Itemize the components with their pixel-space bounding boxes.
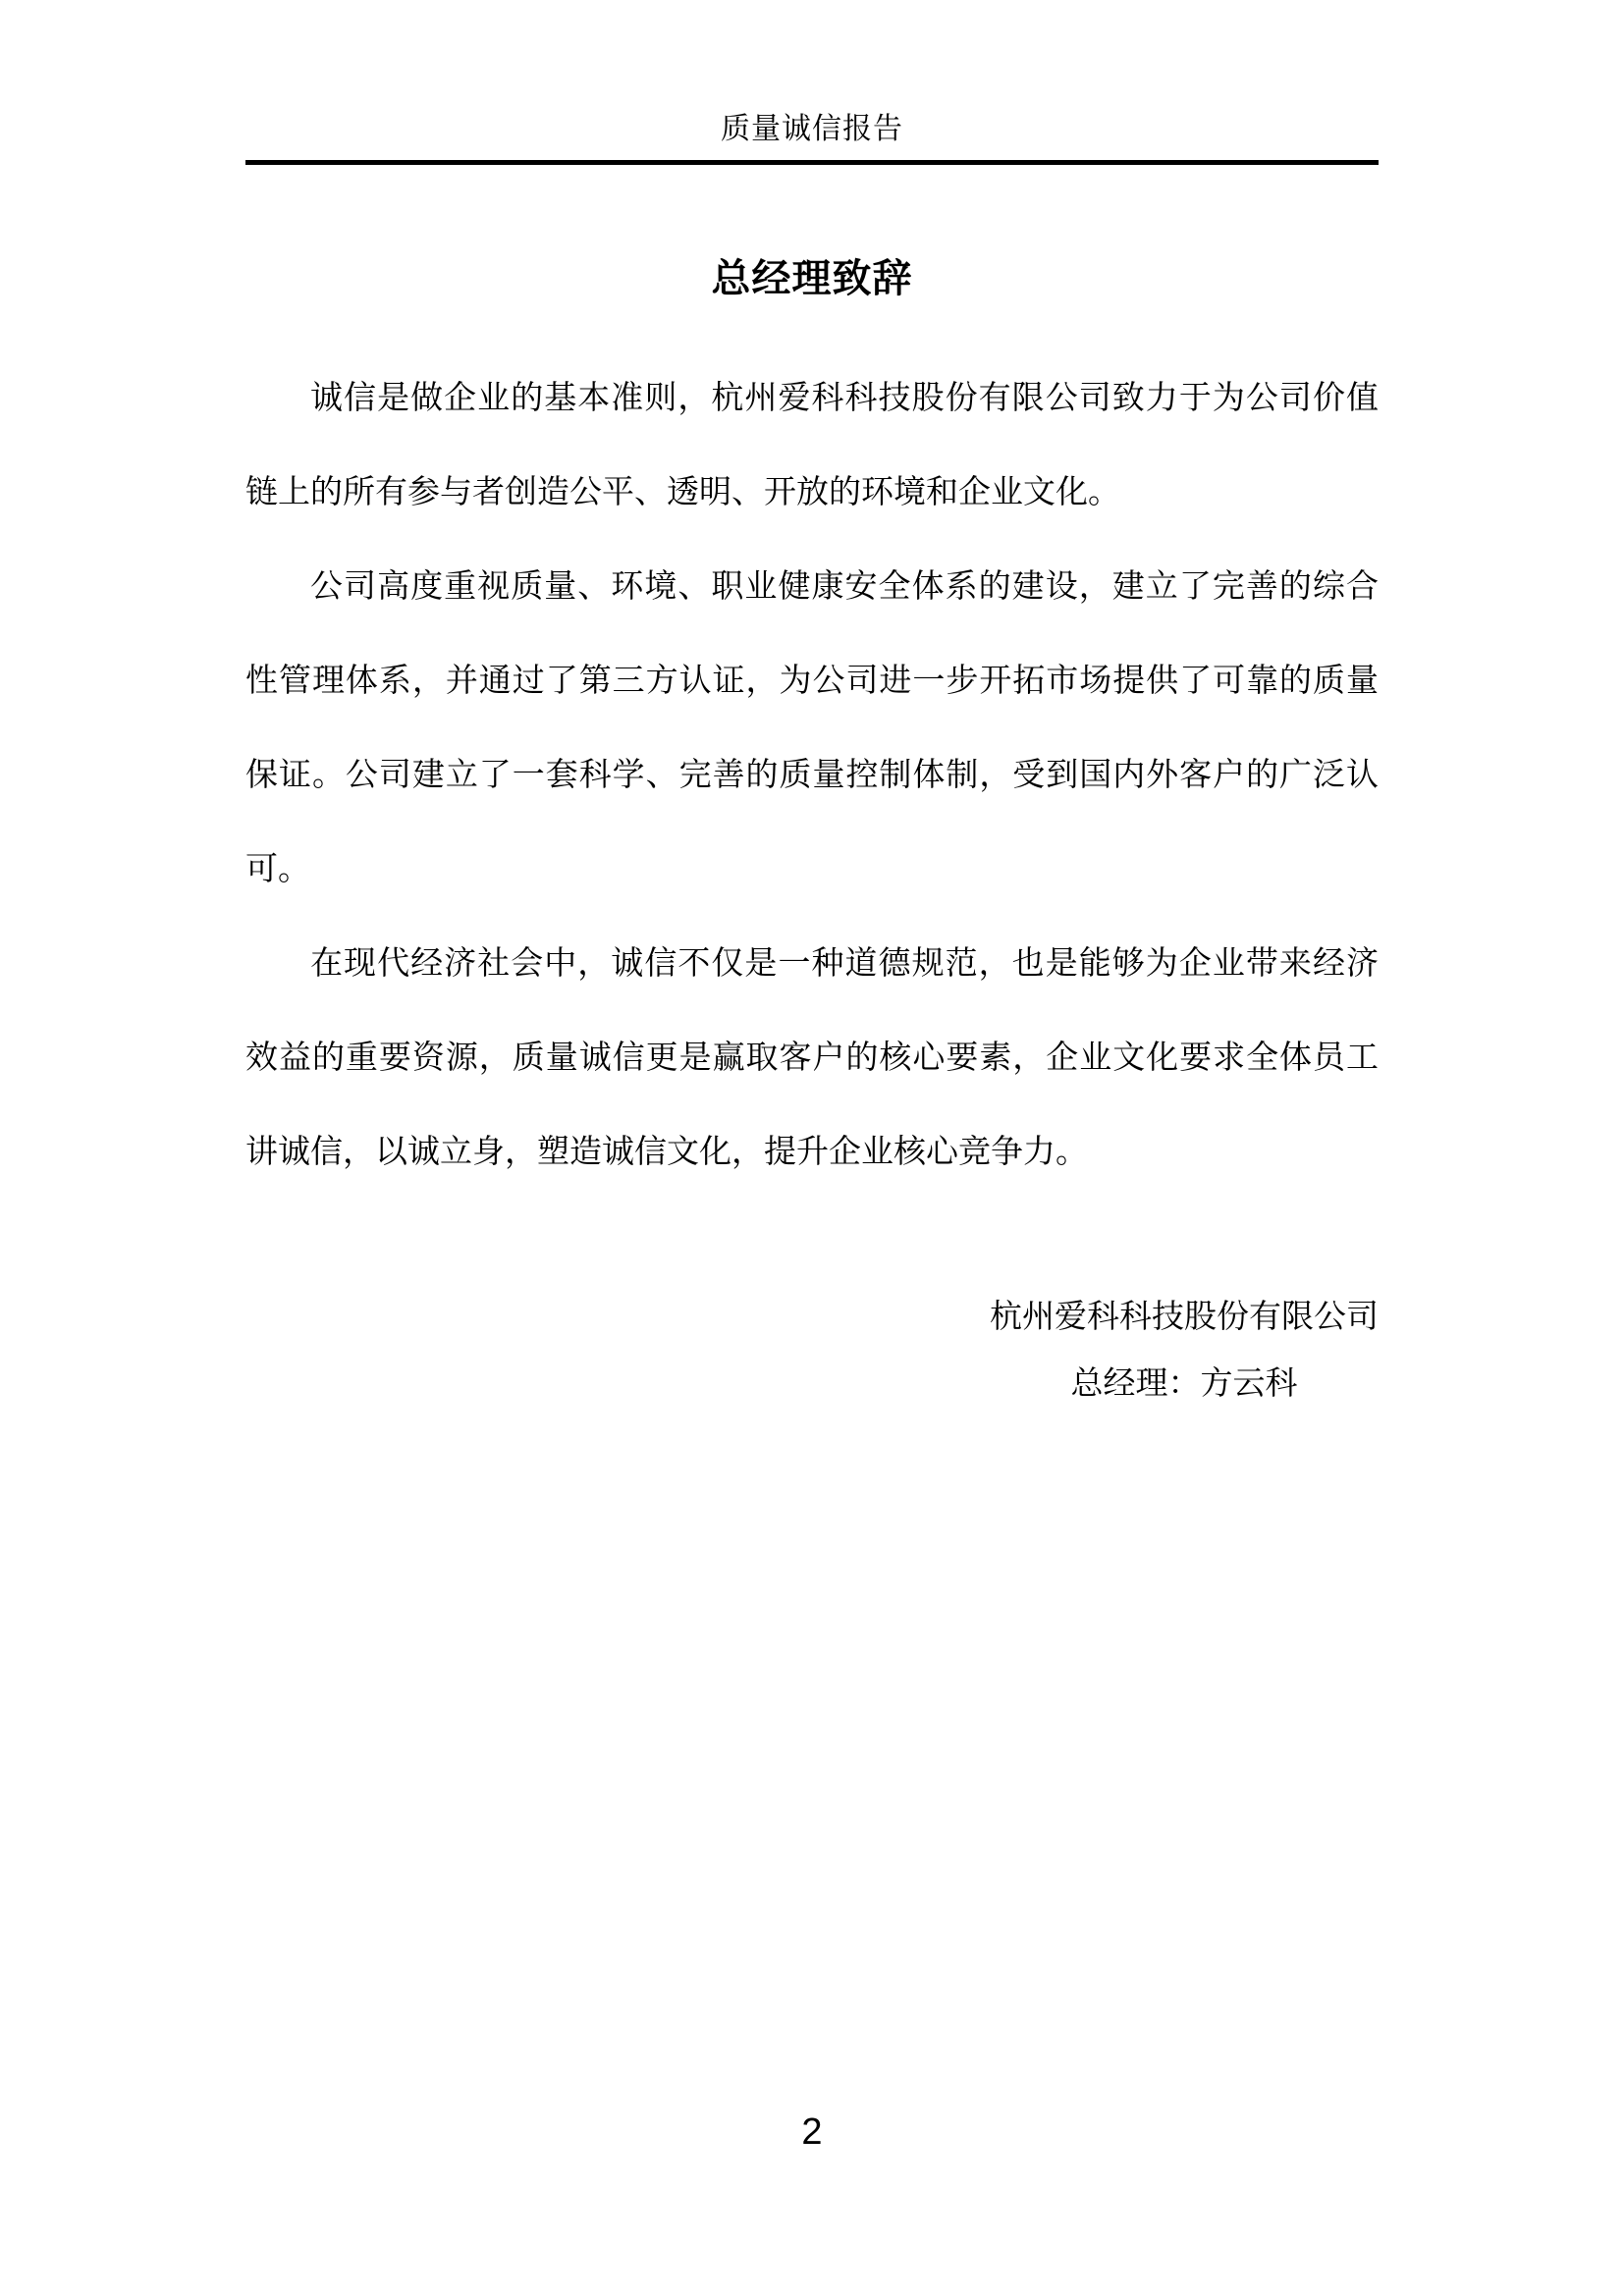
signature-inner: 杭州爱科科技股份有限公司 总经理：方云科 <box>990 1284 1379 1417</box>
document-title: 总经理致辞 <box>245 255 1379 302</box>
paragraph-3: 在现代经济社会中，诚信不仅是一种道德规范，也是能够为企业带来经济效益的重要资源，… <box>245 917 1379 1200</box>
running-head-title: 质量诚信报告 <box>245 112 1379 147</box>
signature-company: 杭州爱科科技股份有限公司 <box>990 1284 1379 1351</box>
header-rule <box>245 160 1379 165</box>
signature-block: 杭州爱科科技股份有限公司 总经理：方云科 <box>245 1284 1379 1417</box>
signature-signer: 总经理：方云科 <box>990 1351 1379 1417</box>
page-number: 2 <box>801 2111 822 2153</box>
document-page: 质量诚信报告 总经理致辞 诚信是做企业的基本准则，杭州爱科科技股份有限公司致力于… <box>0 0 1624 2296</box>
paragraph-1: 诚信是做企业的基本准则，杭州爱科科技股份有限公司致力于为公司价值链上的所有参与者… <box>245 351 1379 540</box>
document-body: 总经理致辞 诚信是做企业的基本准则，杭州爱科科技股份有限公司致力于为公司价值链上… <box>245 255 1379 1417</box>
page-header: 质量诚信报告 <box>245 112 1379 165</box>
paragraph-2: 公司高度重视质量、环境、职业健康安全体系的建设，建立了完善的综合性管理体系，并通… <box>245 540 1379 917</box>
page-footer: 2 <box>0 2112 1624 2154</box>
